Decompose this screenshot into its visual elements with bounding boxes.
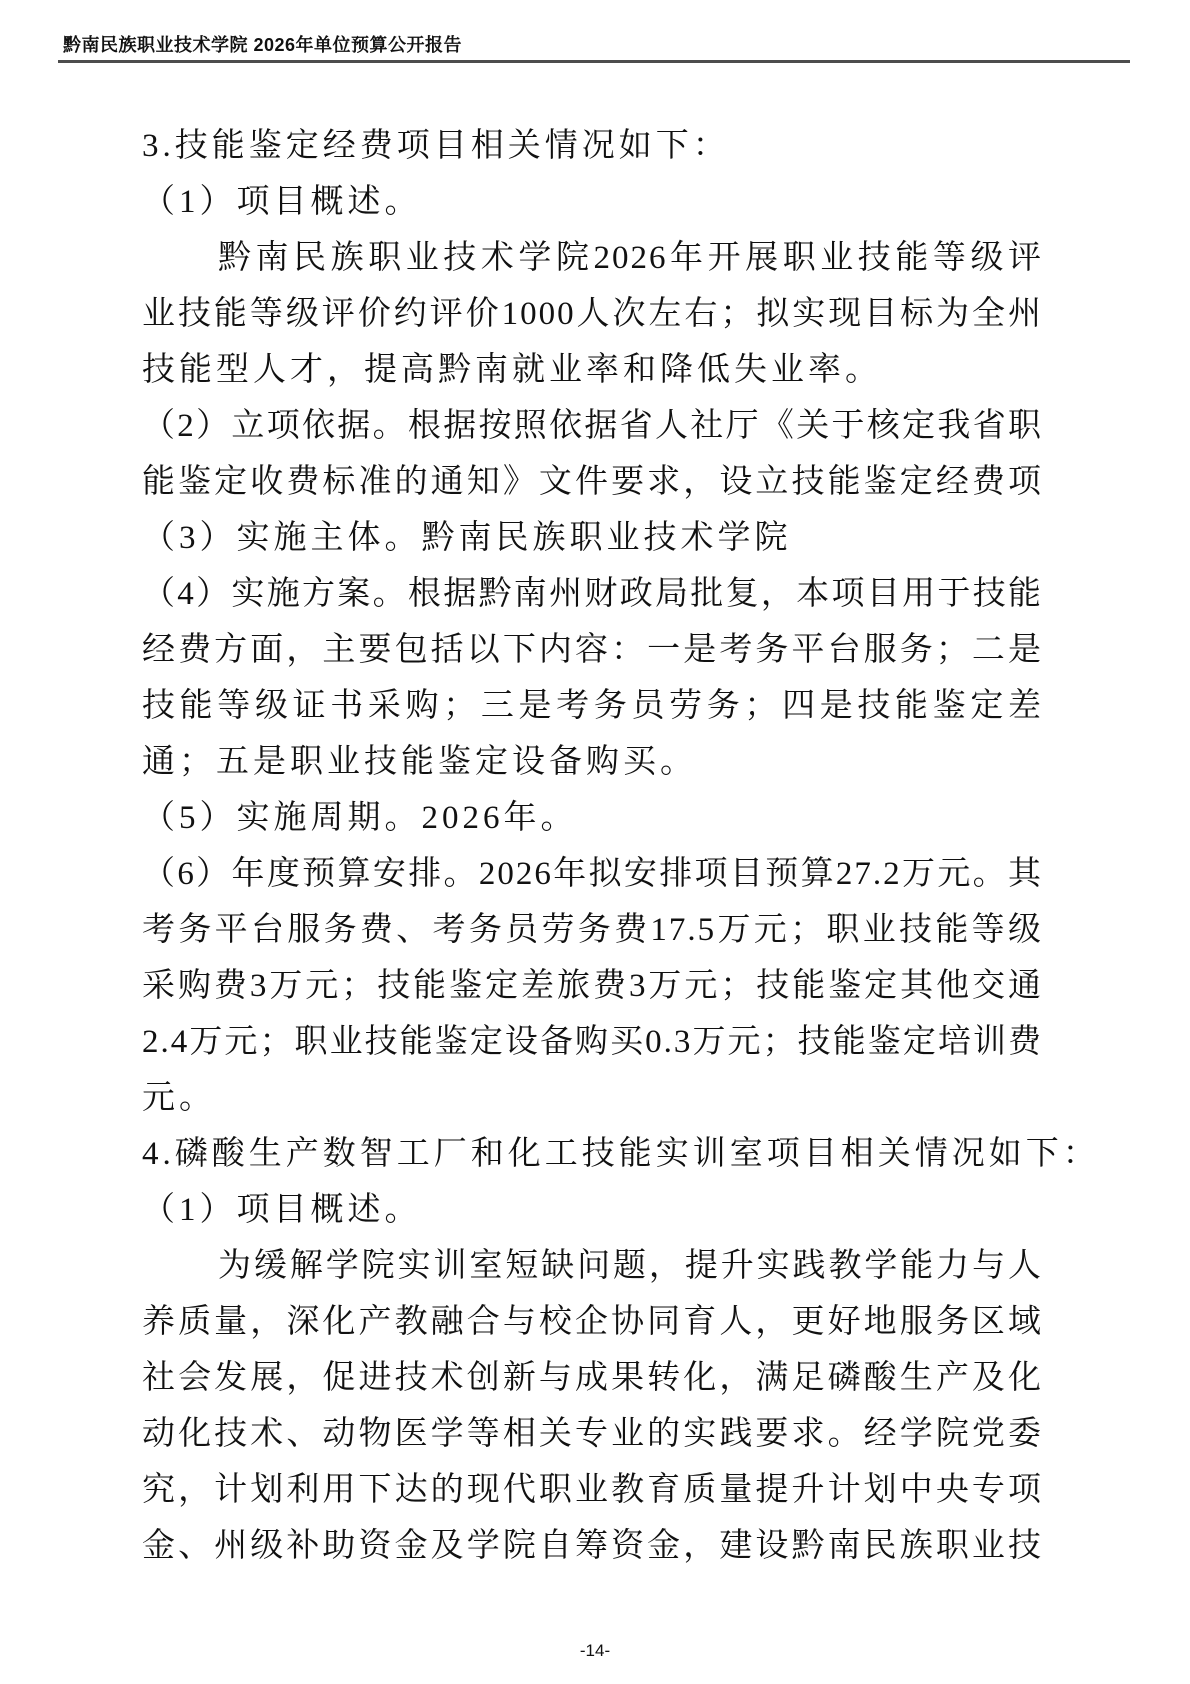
body-line: （4）实施方案。根据黔南州财政局批复，本项目用于技能鉴定 xyxy=(142,566,1043,622)
body-line: 考务平台服务费、考务员劳务费17.5万元；职业技能等级证书 xyxy=(142,902,1043,958)
document-body: 3.技能鉴定经费项目相关情况如下： （1）项目概述。 黔南民族职业技术学院202… xyxy=(142,118,1043,1574)
body-line: 采购费3万元；技能鉴定差旅费3万元；技能鉴定其他交通费用 xyxy=(142,958,1043,1014)
body-line: 经费方面，主要包括以下内容：一是考务平台服务；二是职业 xyxy=(142,622,1043,678)
body-line: 3.技能鉴定经费项目相关情况如下： xyxy=(142,118,1043,174)
running-header-title: 黔南民族职业技术学院 2026年单位预算公开报告 xyxy=(63,31,462,57)
body-line: （5）实施周期。2026年。 xyxy=(142,790,1043,846)
body-line: （2）立项依据。根据按照依据省人社厅《关于核定我省职业技 xyxy=(142,398,1043,454)
body-line: （6）年度预算安排。2026年拟安排项目预算27.2万元。其中： xyxy=(142,846,1043,902)
body-line: 黔南民族职业技术学院2026年开展职业技能等级评价，职 xyxy=(142,230,1043,286)
body-line: 元。 xyxy=(142,1070,1043,1126)
body-line: 技能型人才，提高黔南就业率和降低失业率。 xyxy=(142,342,1043,398)
body-line: （3）实施主体。黔南民族职业技术学院 xyxy=(142,510,1043,566)
body-line: 技能等级证书采购；三是考务员劳务；四是技能鉴定差旅、交 xyxy=(142,678,1043,734)
body-line: 2.4万元；职业技能鉴定设备购买0.3万元；技能鉴定培训费1万 xyxy=(142,1014,1043,1070)
body-line: 金、州级补助资金及学院自筹资金，建设黔南民族职业技术学 xyxy=(142,1518,1043,1574)
body-line: （1）项目概述。 xyxy=(142,174,1043,230)
body-line: 能鉴定收费标准的通知》文件要求，设立技能鉴定经费项目。 xyxy=(142,454,1043,510)
header-divider-rule xyxy=(58,60,1130,63)
body-line: 为缓解学院实训室短缺问题，提升实践教学能力与人才培 xyxy=(142,1238,1043,1294)
body-line: （1）项目概述。 xyxy=(142,1182,1043,1238)
body-line: 4.磷酸生产数智工厂和化工技能实训室项目相关情况如下： xyxy=(142,1126,1043,1182)
body-line: 究，计划利用下达的现代职业教育质量提升计划中央专项资 xyxy=(142,1462,1043,1518)
body-line: 通；五是职业技能鉴定设备购买。 xyxy=(142,734,1043,790)
page-number: -14- xyxy=(0,1641,1190,1661)
body-line: 业技能等级评价约评价1000人次左右；拟实现目标为全州输送 xyxy=(142,286,1043,342)
body-line: 养质量，深化产教融合与校企协同育人，更好地服务区域经济 xyxy=(142,1294,1043,1350)
document-page: 黔南民族职业技术学院 2026年单位预算公开报告 3.技能鉴定经费项目相关情况如… xyxy=(0,0,1190,1684)
body-line: 动化技术、动物医学等相关专业的实践要求。经学院党委研 xyxy=(142,1406,1043,1462)
body-line: 社会发展，促进技术创新与成果转化，满足磷酸生产及化工自 xyxy=(142,1350,1043,1406)
